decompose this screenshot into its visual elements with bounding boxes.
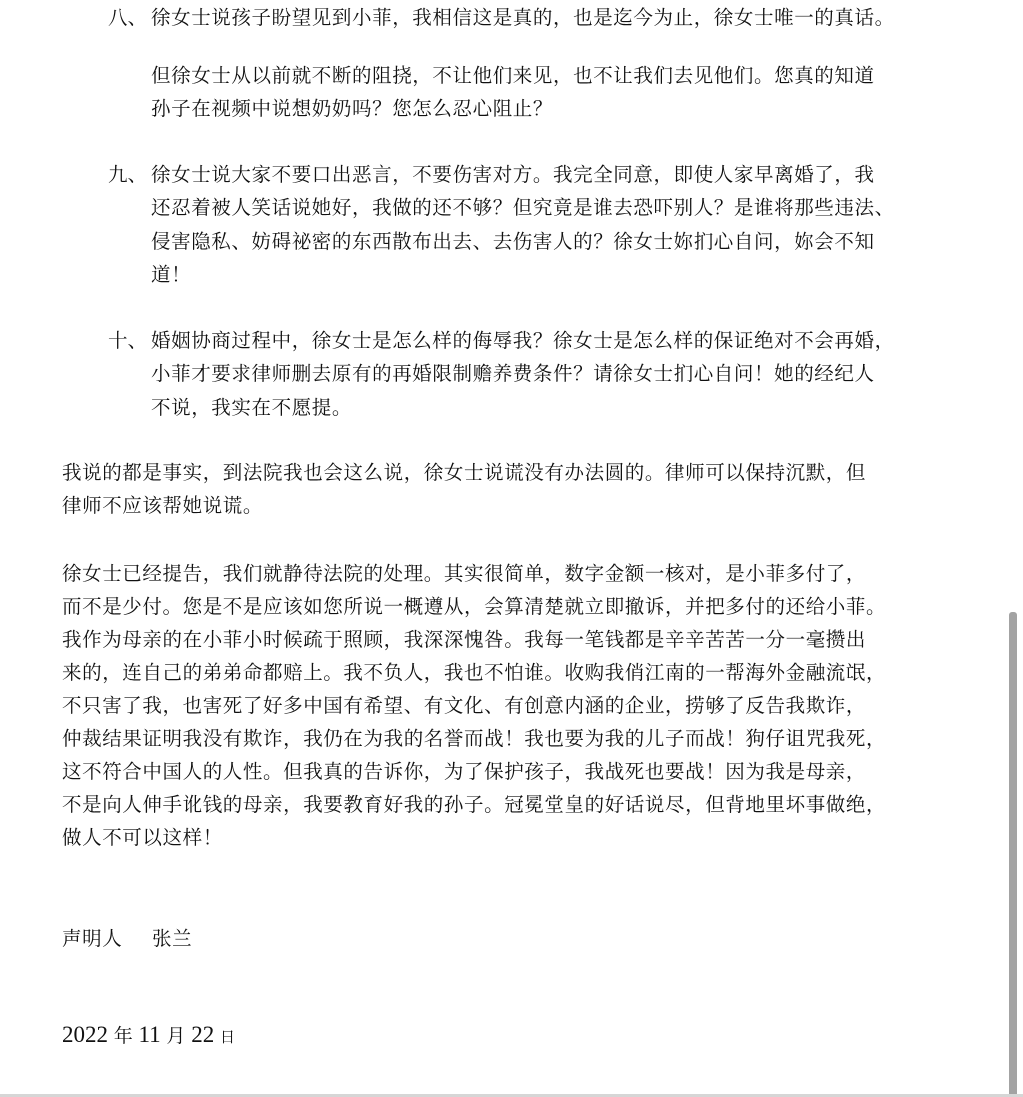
date-month: 11 xyxy=(139,1022,161,1047)
section-line: 婚姻协商过程中，徐女士是怎么样的侮辱我？徐女士是怎么样的保证绝对不会再婚， xyxy=(151,329,895,353)
paragraph-line: 做人不可以这样！ xyxy=(62,826,223,850)
paragraph-line: 徐女士已经提告，我们就静待法院的处理。其实很简单，数字金额一核对，是小菲多付了， xyxy=(62,562,866,586)
section-number: 八、 xyxy=(108,6,147,30)
section-line: 孙子在视频中说想奶奶吗？您怎么忍心阻止？ xyxy=(151,97,553,121)
paragraph-line: 我说的都是事实，到法院我也会这么说，徐女士说谎没有办法圆的。律师可以保持沉默，但 xyxy=(62,461,866,485)
paragraph-line: 不只害了我，也害死了好多中国有希望、有文化、有创意内涵的企业，捞够了反告我欺诈， xyxy=(62,694,866,718)
vertical-scrollbar-thumb[interactable] xyxy=(1009,612,1017,1097)
date-line: 2022 年 11 月 22 日 xyxy=(62,1022,235,1050)
section-line: 但徐女士从以前就不断的阻挠，不让他们来见，也不让我们去见他们。您真的知道 xyxy=(151,64,875,88)
paragraph-line: 而不是少付。您是不是应该如您所说一概遵从，会算清楚就立即撤诉，并把多付的还给小菲… xyxy=(62,595,886,619)
section-line: 还忍着被人笑话说她好，我做的还不够？但究竟是谁去恐吓别人？是谁将那些违法、 xyxy=(151,196,895,220)
date-year: 2022 xyxy=(62,1022,108,1047)
date-day-unit: 日 xyxy=(220,1028,235,1046)
section-line: 侵害隐私、妨碍祕密的东西散布出去、去伤害人的？徐女士妳扪心自问，妳会不知 xyxy=(151,230,875,254)
section-number: 九、 xyxy=(108,163,147,187)
paragraph-line: 不是向人伸手讹钱的母亲，我要教育好我的孙子。冠冕堂皇的好话说尽，但背地里坏事做绝… xyxy=(62,793,886,817)
section-line: 徐女士说大家不要口出恶言，不要伤害对方。我完全同意，即使人家早离婚了，我 xyxy=(151,163,875,187)
date-year-unit: 年 xyxy=(114,1025,133,1047)
document-page: 八、 徐女士说孩子盼望见到小菲，我相信这是真的，也是迄今为止，徐女士唯一的真话。… xyxy=(0,0,1008,1094)
signature-name: 张兰 xyxy=(152,927,192,951)
section-line: 不说，我实在不愿提。 xyxy=(151,396,352,420)
section-number: 十、 xyxy=(108,329,147,353)
paragraph-line: 律师不应该帮她说谎。 xyxy=(62,494,263,518)
paragraph-line: 这不符合中国人的人性。但我真的告诉你，为了保护孩子，我战死也要战！因为我是母亲， xyxy=(62,760,866,784)
date-day: 22 xyxy=(191,1022,214,1047)
paragraph-line: 仲裁结果证明我没有欺诈，我仍在为我的名誉而战！我也要为我的儿子而战！狗仔诅咒我死… xyxy=(62,727,886,751)
paragraph-line: 来的，连自己的弟弟命都赔上。我不负人，我也不怕谁。收购我俏江南的一帮海外金融流氓… xyxy=(62,661,886,685)
section-line: 道！ xyxy=(151,263,191,287)
signature-label: 声明人 xyxy=(62,927,122,951)
section-line: 徐女士说孩子盼望见到小菲，我相信这是真的，也是迄今为止，徐女士唯一的真话。 xyxy=(151,6,895,30)
section-line: 小菲才要求律师删去原有的再婚限制赡养费条件？请徐女士扪心自问！她的经纪人 xyxy=(151,362,875,386)
paragraph-line: 我作为母亲的在小菲小时候疏于照顾，我深深愧咎。我每一笔钱都是辛辛苦苦一分一毫攒出 xyxy=(62,628,866,652)
date-month-unit: 月 xyxy=(166,1025,185,1047)
